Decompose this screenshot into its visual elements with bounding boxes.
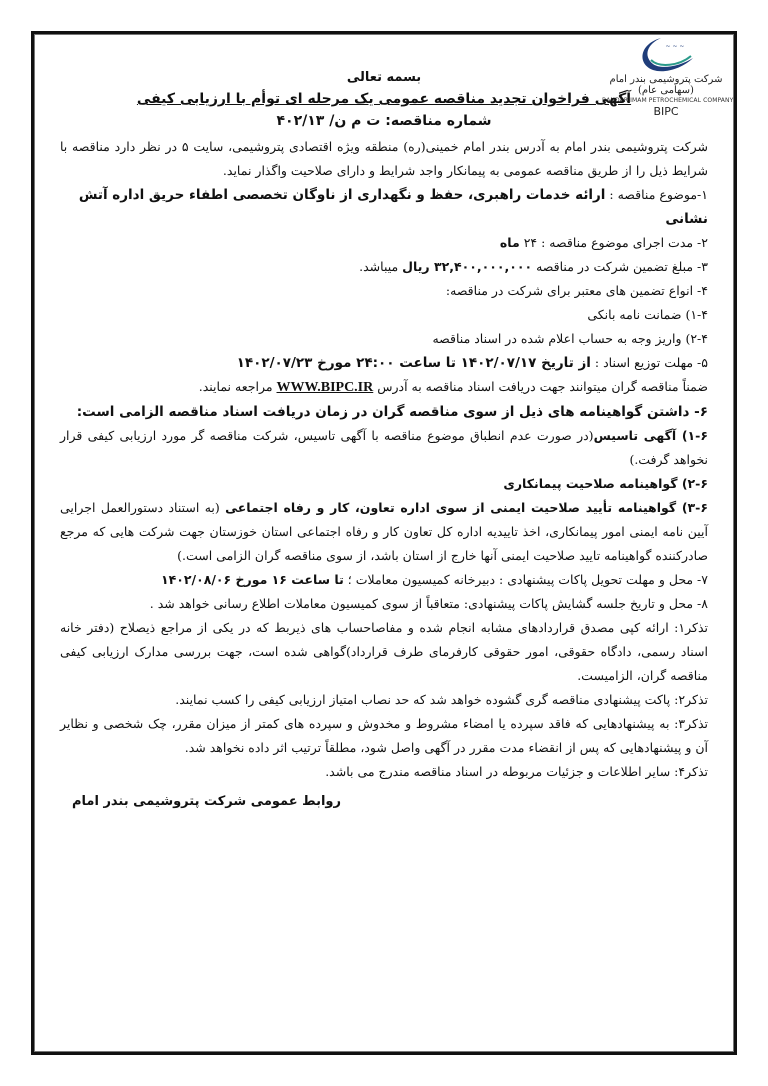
- guarantee-label: ۳- مبلغ تضمین شرکت در مناقصه: [532, 259, 708, 274]
- guarantee-type-1: ۱-۴) ضمانت نامه بانکی: [60, 303, 708, 327]
- signature: روابط عمومی شرکت پتروشیمی بندر امام: [60, 794, 708, 809]
- item-opening: ۸- محل و تاریخ جلسه گشایش پاکات پیشنهادی…: [60, 592, 708, 616]
- item-delivery: ۷- محل و مهلت تحویل پاکات پیشنهادی : دبی…: [60, 568, 708, 592]
- guarantee-type-2: ۲-۴) واریز وجه به حساب اعلام شده در اسنا…: [60, 327, 708, 351]
- item-duration: ۲- مدت اجرای موضوع مناقصه : ۲۴ ماه: [60, 231, 708, 255]
- certificates-heading: ۶- داشتن گواهینامه های ذیل از سوی مناقصه…: [60, 400, 708, 424]
- document-body: بسمه تعالی آگهی فراخوان تجدید مناقصه عمو…: [60, 70, 708, 809]
- svg-text:~ ~ ~: ~ ~ ~: [666, 43, 685, 50]
- cert-1-label: ۱-۶) آگهی تاسیس: [594, 428, 708, 443]
- website-prefix: ضمناً مناقصه گران میتوانند جهت دریافت اس…: [373, 379, 708, 394]
- guarantee-value: ۳۲,۴۰۰,۰۰۰,۰۰۰ ریال: [402, 259, 532, 274]
- delivery-value: تا ساعت ۱۶ مورخ ۱۴۰۲/۰۸/۰۶: [161, 572, 344, 587]
- basmala: بسمه تعالی: [60, 70, 708, 85]
- page-title: آگهی فراخوان تجدید مناقصه عمومی یک مرحله…: [60, 91, 708, 107]
- item-guarantee-types: ۴- انواع تضمین های معتبر برای شرکت در من…: [60, 279, 708, 303]
- subject-label: ۱-موضوع مناقصه :: [605, 187, 708, 202]
- distribution-label: ۵- مهلت توزیع اسناد :: [591, 355, 708, 370]
- intro-paragraph: شرکت پتروشیمی بندر امام به آدرس بندر اما…: [60, 135, 708, 183]
- item-subject: ۱-موضوع مناقصه : ارائه خدمات راهبری، حفظ…: [60, 183, 708, 231]
- website-line: ضمناً مناقصه گران میتوانند جهت دریافت اس…: [60, 375, 708, 400]
- cert-1: ۱-۶) آگهی تاسیس(در صورت عدم انطباق موضوع…: [60, 424, 708, 472]
- item-distribution: ۵- مهلت توزیع اسناد : از تاریخ ۱۴۰۲/۰۷/۱…: [60, 351, 708, 375]
- duration-value: ماه: [500, 235, 520, 250]
- cert-3: ۳-۶) گواهینامه تأیید صلاحیت ایمنی از سوی…: [60, 496, 708, 568]
- item-guarantee: ۳- مبلغ تضمین شرکت در مناقصه ۳۲,۴۰۰,۰۰۰,…: [60, 255, 708, 279]
- tender-number: شماره مناقصه: ت م ن/ ۴۰۲/۱۳: [60, 113, 708, 129]
- website-link[interactable]: WWW.BIPC.IR: [277, 380, 374, 395]
- website-suffix: مراجعه نمایند.: [199, 379, 277, 394]
- note-2: تذکر۲: پاکت پیشنهادی مناقصه گری گشوده خو…: [60, 688, 708, 712]
- duration-label: ۲- مدت اجرای موضوع مناقصه : ۲۴: [520, 235, 708, 250]
- cert-2: ۲-۶) گواهینامه صلاحیت پیمانکاری: [60, 472, 708, 496]
- delivery-label: ۷- محل و مهلت تحویل پاکات پیشنهادی : دبی…: [344, 572, 708, 587]
- note-3: تذکر۳: به پیشنهادهایی که فاقد سپرده یا ا…: [60, 712, 708, 760]
- cert-3-label: ۳-۶) گواهینامه تأیید صلاحیت ایمنی از سوی…: [225, 500, 708, 515]
- note-1: تذکر۱: ارائه کپی مصدق قراردادهای مشابه ا…: [60, 616, 708, 688]
- note-4: تذکر۴: سایر اطلاعات و جزئیات مربوطه در ا…: [60, 760, 708, 784]
- guarantee-suffix: میباشد.: [359, 259, 402, 274]
- distribution-value: از تاریخ ۱۴۰۲/۰۷/۱۷ تا ساعت ۲۴:۰۰ مورخ ۱…: [237, 355, 591, 371]
